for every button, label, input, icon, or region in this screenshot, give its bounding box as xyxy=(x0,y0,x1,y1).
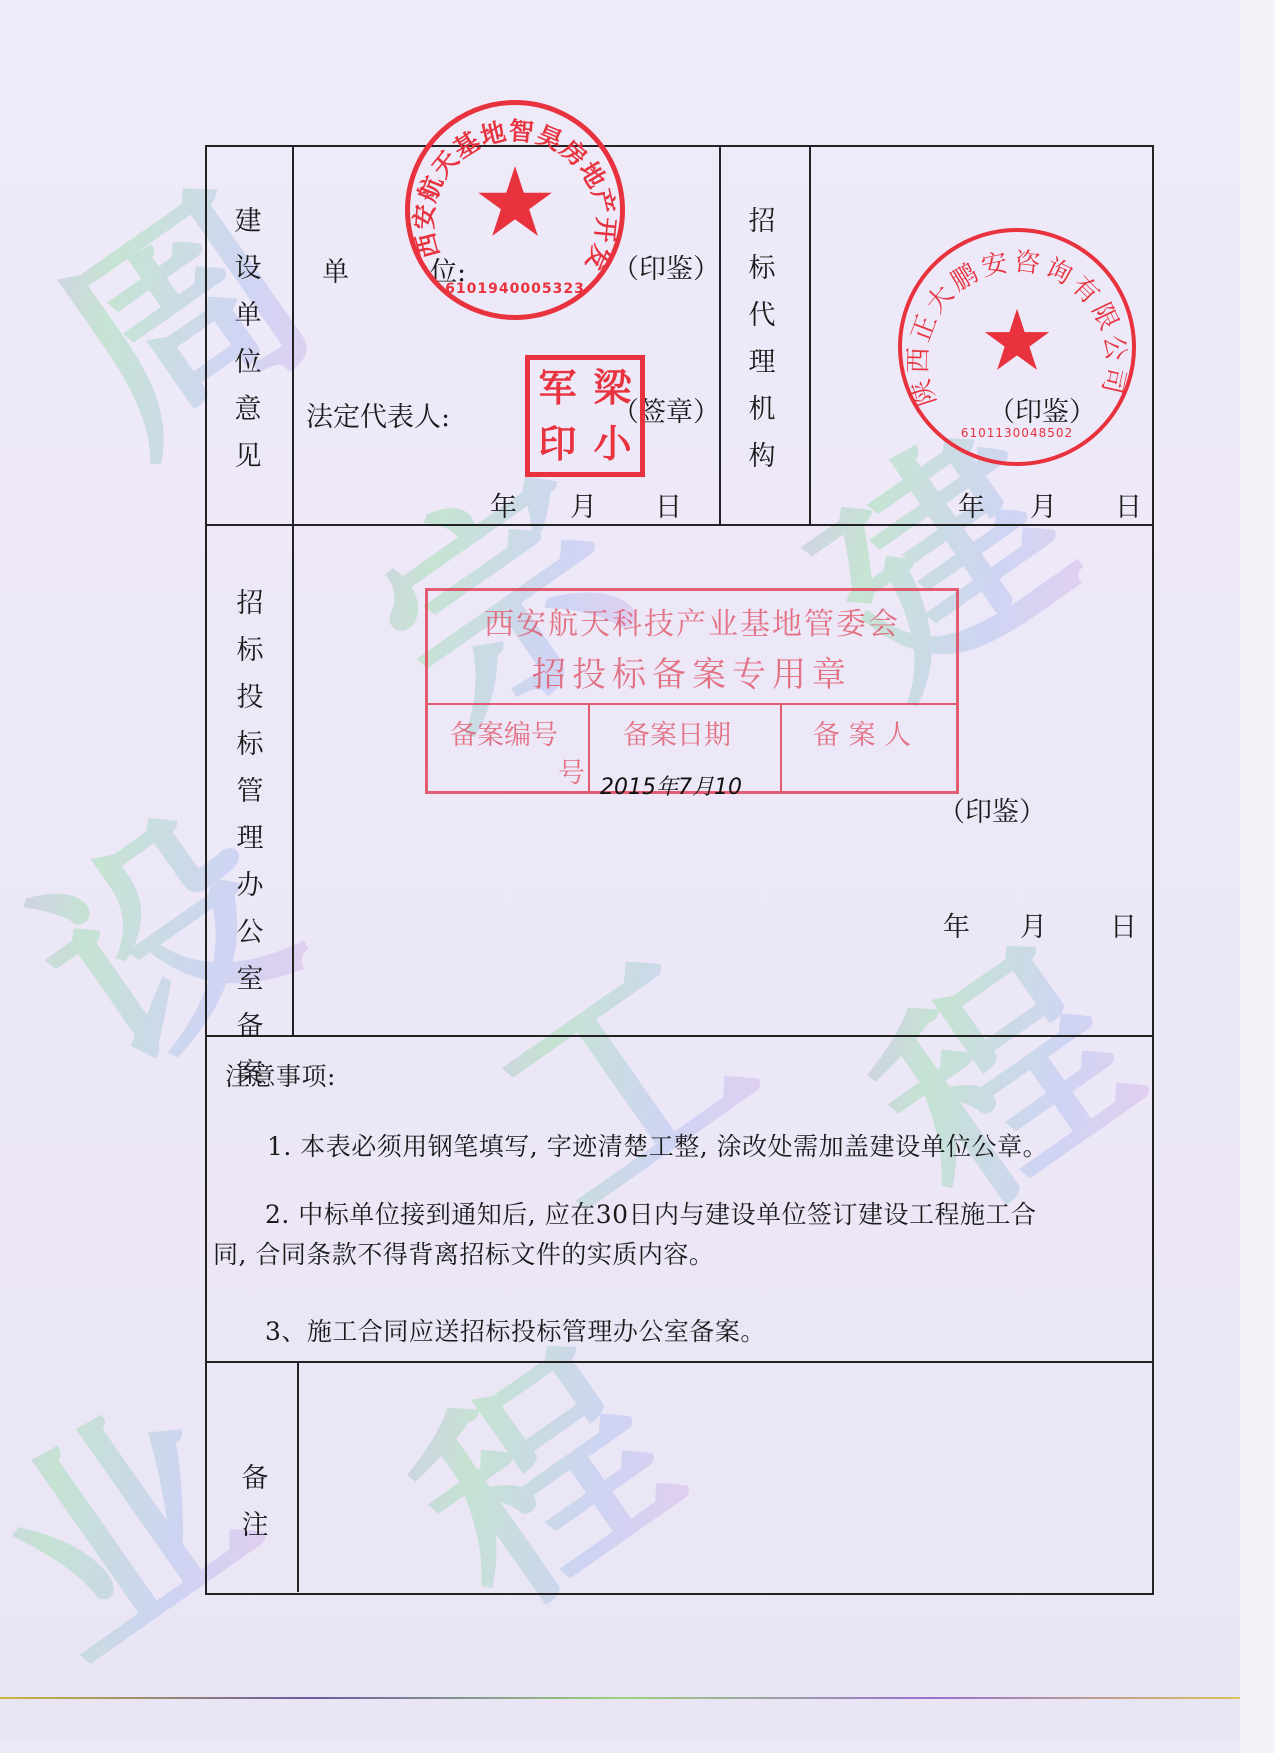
filing-seal-line1: 西安航天科技产业基地管委会 xyxy=(428,599,956,643)
filing-number-suffix: 号 xyxy=(558,751,585,790)
row-divider xyxy=(205,1361,1152,1363)
notes-title: 注意事项: xyxy=(225,1057,336,1093)
svg-text:西安航天基地智昊房地产开发有限责任公司: 西安航天基地智昊房地产开发有限责任公司 xyxy=(410,105,620,276)
seal-number: 6101940005323 xyxy=(410,281,620,297)
agency-label: 招 标 代 理 机 构 xyxy=(740,198,784,480)
row-divider xyxy=(205,524,1152,526)
filing-seal-line2: 招投标备案专用章 xyxy=(428,647,956,696)
construction-company-seal: ★ 西安航天基地智昊房地产开发有限责任公司 6101940005323 xyxy=(405,100,625,320)
paper-edge xyxy=(1240,0,1275,1753)
svg-text:陕西正大鹏安咨询有限公司: 陕西正大鹏安咨询有限公司 xyxy=(904,247,1131,410)
unit-seal-hint: （印鉴） xyxy=(612,247,720,286)
construction-unit-label: 建 设 单 位 意 见 xyxy=(226,198,270,480)
row-divider xyxy=(205,1035,1152,1037)
note-item: 1. 本表必须用钢笔填写, 字迹清楚工整, 涂改处需加盖建设单位公章。 xyxy=(267,1127,1048,1163)
seal-number: 6101130048502 xyxy=(902,426,1132,440)
filing-seal-col-divider xyxy=(588,703,590,791)
filing-seal-divider xyxy=(428,703,956,705)
filing-seal-hint: （印鉴） xyxy=(938,790,1046,829)
date-month: 月 xyxy=(1030,485,1057,524)
date-month: 月 xyxy=(570,485,597,524)
filing-seal-col-divider xyxy=(780,703,782,791)
bottom-rule xyxy=(0,1697,1240,1699)
date-year: 年 xyxy=(943,905,970,944)
note-item: 2. 中标单位接到通知后, 应在30日内与建设单位签订建设工程施工合 xyxy=(265,1195,1037,1231)
remarks-label: 备 注 xyxy=(233,1455,277,1549)
date-day: 日 xyxy=(1115,485,1142,524)
date-month: 月 xyxy=(1020,905,1047,944)
date-year: 年 xyxy=(958,485,985,524)
date-day: 日 xyxy=(1110,905,1137,944)
note-item: 3、施工合同应送招标投标管理办公室备案。 xyxy=(265,1312,766,1348)
col-divider xyxy=(809,145,811,524)
handwritten-filing-date: 2015年7月10 xyxy=(600,770,742,801)
col-divider xyxy=(297,1361,299,1592)
col-divider xyxy=(292,145,294,1035)
filing-col-date: 备案日期 xyxy=(623,713,731,752)
date-year: 年 xyxy=(490,485,517,524)
filing-col-person: 备 案 人 xyxy=(813,713,911,752)
date-day: 日 xyxy=(655,485,682,524)
filing-label: 招 标 投 标 管 理 办 公 室 备 案 xyxy=(228,580,272,1097)
agency-seal: ★ 陕西正大鹏安咨询有限公司 6101130048502 xyxy=(898,228,1136,466)
filing-seal: 西安航天科技产业基地管委会 招投标备案专用章 备案编号 备案日期 备 案 人 号 xyxy=(425,588,959,794)
legal-rep-label: 法定代表人: xyxy=(306,395,450,434)
col-divider xyxy=(719,145,721,524)
remarks-field[interactable] xyxy=(300,1364,1150,1590)
filing-col-number: 备案编号 xyxy=(450,713,558,752)
note-item: 同, 合同条款不得背离招标文件的实质内容。 xyxy=(213,1235,714,1271)
legal-rep-seal: 军 梁 印 小 xyxy=(525,355,645,477)
